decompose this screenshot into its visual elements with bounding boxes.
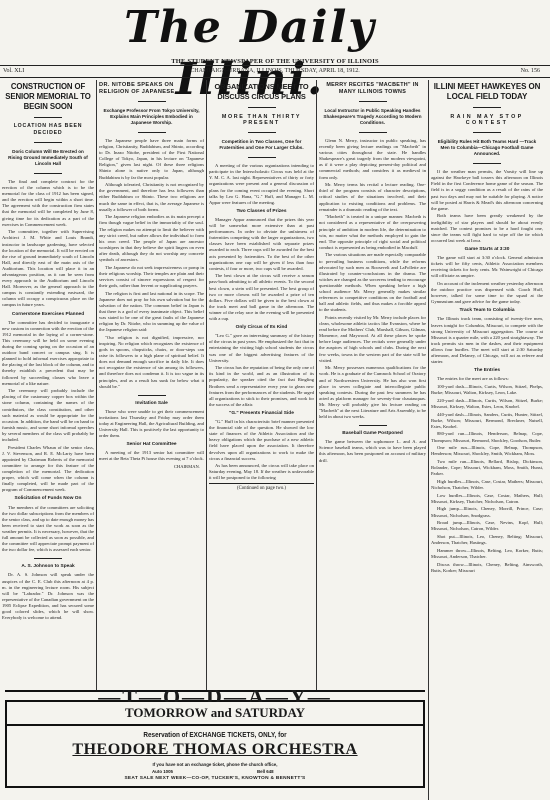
dateline: Vol. XLI CHAMPAIGN-URBANA, ILLINOIS, THU…: [0, 66, 550, 76]
ad-today-banner: —T—O—D—A—Y—: [7, 690, 423, 702]
divider: [359, 425, 387, 426]
paragraph: The Japanese religion embodies as its ma…: [99, 214, 204, 263]
signature: CHAIRMAN.: [99, 464, 200, 470]
paragraph: The final and complete contract for the …: [2, 179, 94, 228]
paragraph: Broad jump—Illinois, Case, Nevins, Kopf,…: [431, 520, 543, 532]
divider: [138, 395, 166, 396]
divider: [473, 132, 501, 133]
paragraph: The game between the sophomore L. and A.…: [319, 439, 426, 463]
divider: [138, 132, 166, 133]
article-merry-macbeth: MERRY RECITES "MACBETH" IN MANY ILLINOIS…: [319, 80, 426, 686]
paragraph: 100-yard dash—Illinois, Curtis, Wilson, …: [431, 384, 543, 396]
headline: CONSTRUCTION OF SENIOR MEMORIAL TO BEGIN…: [2, 82, 94, 112]
subheading: Cornerstone Exercises Planned: [2, 312, 94, 318]
kicker: LOCATION HAS BEEN DECIDED: [2, 123, 94, 137]
orchestra-advertisement: —T—O—D—A—Y— TOMORROW and SATURDAY Reserv…: [5, 700, 425, 788]
paragraph: Low hurdles—Illinois, Case, Costar, Math…: [431, 493, 543, 505]
subheading: Two Classes of Prizes: [209, 209, 314, 215]
paragraph: The committee has decided to inaugurate …: [2, 320, 94, 387]
divider: [34, 142, 62, 143]
paragraph: Shot put—Illinois, Leo, Cheney, Belting;…: [431, 534, 543, 546]
paragraph: The religion is first and last national …: [99, 291, 204, 334]
paragraph: The entries for the meet are as follows:: [431, 376, 543, 382]
column-divider: [428, 80, 429, 800]
divider: [34, 117, 62, 118]
paragraph: The game will start at 3:30 o'clock. Gen…: [431, 255, 543, 279]
paragraph: Discus throw—Illinois, Cheney, Belting, …: [431, 562, 543, 574]
column-divider: [96, 80, 97, 690]
paragraph: The ceremony will probably include the p…: [2, 388, 94, 443]
subheading: Invitation Sale: [99, 401, 204, 407]
subheading: A. S. Johnson to Speak: [2, 564, 94, 570]
divider: [473, 107, 501, 108]
paragraph: A meeting of the 1913 senior hat committ…: [99, 450, 204, 462]
subheading: Senior Hat Committee: [99, 442, 204, 448]
newspaper-subtitle: THE STUDENT NEWSPAPER OF THE UNIVERSITY …: [0, 58, 550, 65]
article-illini-hawkeyes: ILLINI MEET HAWKEYES ON LOCAL FIELD TODA…: [431, 80, 543, 760]
subheading: Solicitation of Funds Now On: [2, 496, 94, 502]
subheading: Track Team to Columbia: [431, 308, 543, 314]
paragraph: Hammer throw—Illinois, Belting, Leo, Kor…: [431, 548, 543, 560]
divider: [473, 163, 501, 164]
continued-note: (Continued on page two.): [209, 486, 314, 492]
paragraph: The best clown at the circus will receiv…: [209, 273, 314, 322]
paragraph: Points recently visited by Mr. Merry inc…: [319, 315, 426, 364]
paragraph: President Charles Whaun of the senior cl…: [2, 445, 94, 494]
paragraph: Manager Appar announced that the prizes …: [209, 217, 314, 272]
deck: Local Instructor in Public Speaking Hand…: [323, 108, 422, 126]
subheading: Baseball Game Postponed: [319, 431, 426, 437]
phone-bell: Bell 648: [257, 769, 274, 774]
ad-note: If you have not an exchange ticket, phon…: [7, 762, 423, 767]
deck: Eligibility Rules Hit Both Teams Hard —T…: [435, 139, 539, 157]
divider: [359, 101, 387, 102]
subheading: Only Circus of Its Kind: [209, 325, 314, 331]
paragraph: Although tolerated, Christianity is not …: [99, 182, 204, 212]
article-senior-memorial: CONSTRUCTION OF SENIOR MEMORIAL TO BEGIN…: [2, 80, 94, 780]
paragraph: The various situations are made especial…: [319, 252, 426, 313]
paragraph: "Macbeth" is treated in a unique manner.…: [319, 214, 426, 251]
divider: [209, 483, 314, 484]
headline: DR. NITOBE SPEAKS ON RELIGION OF JAPANES…: [99, 82, 204, 96]
paragraph: The Japanese people have three main form…: [99, 138, 204, 181]
paragraph: 880-yard run—Illinois, Henderson, Belnap…: [431, 431, 543, 443]
ad-orchestra-name: THEODORE THOMAS ORCHESTRA: [7, 741, 423, 759]
divider: [248, 107, 276, 108]
divider: [359, 132, 387, 133]
article-circus-plans: ORGANIZATIONS MEET TO DISCUSS CIRCUS PLA…: [209, 80, 314, 686]
column-divider: [206, 80, 207, 690]
divider: [7, 724, 423, 726]
paragraph: "G." Huff in his characteristic brief ma…: [209, 419, 314, 462]
orchestra-name-text: THEODORE THOMAS ORCHESTRA: [72, 741, 357, 758]
paragraph: High hurdles—Illinois, Case, Costar, Mat…: [431, 479, 543, 491]
kicker: RAIN MAY STOP CONTEST: [431, 114, 543, 126]
paragraph: The Illinois track team, consisting of t…: [431, 316, 543, 365]
deck: Competition in Two Classes, One for Frat…: [213, 139, 310, 151]
kicker: MORE THAN THIRTY PRESENT: [209, 114, 314, 126]
paragraph: The Japanese do not seek impressiveness …: [99, 265, 204, 289]
paragraph: "Our religion is not dignified, impressi…: [99, 335, 204, 390]
subheading: "G." Presents Financial Side: [209, 411, 314, 417]
paragraph: If the weather man permits, the Varsity …: [431, 169, 543, 212]
paragraph: On account of the inclement weather yest…: [431, 281, 543, 305]
subheading: Game Starts at 3:30: [431, 247, 543, 253]
divider: [248, 132, 276, 133]
article-nitobe-religion: DR. NITOBE SPEAKS ON RELIGION OF JAPANES…: [99, 80, 204, 686]
paragraph: High jump—Illinois, Cheney, Morrill, Pri…: [431, 506, 543, 518]
deck: Exchange Professor From Tokyo University…: [103, 108, 200, 126]
date: CHAMPAIGN-URBANA, ILLINOIS, THURSDAY, AP…: [0, 66, 550, 76]
divider: [34, 558, 62, 559]
masthead: The Daily Illini. THE STUDENT NEWSPAPER …: [0, 0, 550, 80]
paragraph: The circus has the reputation of being t…: [209, 365, 314, 408]
paragraph: The committee, together with Supervising…: [2, 229, 94, 308]
ad-seat-sale: SEAT SALE NEXT WEEK—CO-OP, TUCKER'S, KNO…: [7, 776, 423, 781]
paragraph: 440-yard dash—Illinois, Sanders, Curtis,…: [431, 412, 543, 430]
headline: ILLINI MEET HAWKEYES ON LOCAL FIELD TODA…: [431, 82, 543, 102]
paragraph: 220-yard dash—Illinois, Curtis, Wilson, …: [431, 398, 543, 410]
ad-dates: TOMORROW and SATURDAY: [7, 705, 423, 721]
paragraph: One mile run—Illinois, Cope, Belnap, Tho…: [431, 445, 543, 457]
paragraph: Those who were unable to get their comme…: [99, 409, 204, 439]
paragraph: Mr. Merry possesses numerous qualificati…: [319, 365, 426, 420]
paragraph: Both teams have been greatly weakened by…: [431, 213, 543, 243]
paragraph: Dr. A. S. Johnson will speak under the a…: [2, 572, 94, 621]
paragraph: As has been announced, the circus will t…: [209, 463, 314, 481]
paragraph: A meeting of the various organizations i…: [209, 163, 314, 206]
paragraph: The members of the committees are solici…: [2, 505, 94, 554]
phone-auto: Auto 1005: [152, 769, 173, 774]
paragraph: "Leo G." gave an interesting summary of …: [209, 333, 314, 363]
deck: Doric Column Will Be Erected on Rising G…: [6, 149, 90, 167]
divider: [0, 77, 550, 78]
divider: [138, 101, 166, 102]
column-divider: [316, 80, 317, 690]
ad-reservation: Reservation of EXCHANGE TICKETS, ONLY, f…: [38, 730, 392, 739]
divider: [34, 173, 62, 174]
subheading: The Entries: [431, 368, 543, 374]
paragraph: Glenn N. Merry, instructor in public spe…: [319, 138, 426, 181]
headline: ORGANIZATIONS MEET TO DISCUSS CIRCUS PLA…: [209, 82, 314, 102]
paragraph: Two mile run—Illinois, Bellard, Bislop, …: [431, 459, 543, 477]
issue-number: No. 156: [521, 66, 540, 76]
paragraph: Mr. Merry terms his recital a lecture re…: [319, 182, 426, 212]
headline: MERRY RECITES "MACBETH" IN MANY ILLINOIS…: [319, 82, 426, 96]
divider: [248, 157, 276, 158]
